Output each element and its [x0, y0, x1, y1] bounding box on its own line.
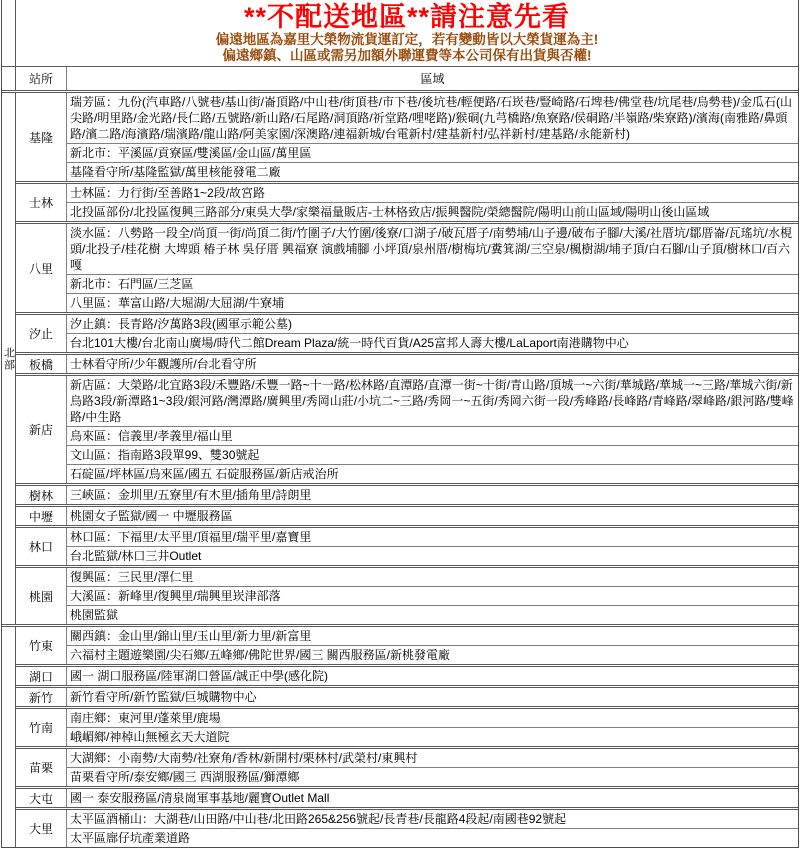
table-row: 基隆看守所/基隆監獄/萬里核能發電二廠 — [67, 162, 798, 181]
station-group: 八里淡水區：八勢路一段全/尚頂一街/尚頂二街/竹圍子/大竹圍/後寮/口湖子/破瓦… — [16, 221, 798, 312]
table-row: 淡水區：八勢路一段全/尚頂一街/尚頂二街/竹圍子/大竹圍/後寮/口湖子/破瓦厝子… — [67, 224, 798, 274]
corner-cell — [2, 0, 16, 66]
table-row: 苗栗看守所/泰安鄉/國三 西湖服務區/獅潭鄉 — [67, 767, 798, 786]
station-group: 大屯國一 泰安服務區/清泉崗軍事基地/麗寶Outlet Mall — [16, 786, 798, 807]
table-row: 林口區：下福里/太平里/頂福里/瑞平里/嘉寶里 — [67, 528, 798, 546]
station-name: 新竹 — [16, 688, 67, 706]
station-name: 士林 — [16, 184, 67, 221]
page-title: **不配送地區**請注意先看 — [16, 2, 798, 32]
table-row: 北投區部份/北投區復興三路部分/東吳大學/家樂福量販店-士林格致店/振興醫院/榮… — [67, 202, 798, 221]
table-row: 新北市：石門區/三芝區 — [67, 274, 798, 293]
station-name: 竹南 — [16, 709, 67, 746]
station-name: 苗栗 — [16, 749, 67, 786]
area-rows: 瑞芳區：九份(汽車路/八號巷/基山街/崙頂路/中山巷/街頂巷/市下巷/後坑巷/輕… — [67, 93, 798, 181]
delivery-exclusion-notice: **不配送地區**請注意先看 偏遠地區為嘉里大榮物流貨運訂定，若有變動皆以大榮貨… — [1, 0, 799, 848]
station-group: 板橋士林看守所/少年觀護所/台北看守所 — [16, 352, 798, 373]
station-name: 中壢 — [16, 507, 67, 525]
table-row: 烏來區：信義里/孝義里/福山里 — [67, 426, 798, 445]
table-row: 士林看守所/少年觀護所/台北看守所 — [67, 355, 798, 373]
table-row: 六福村主題遊樂園/尖石鄉/五峰鄉/佛陀世界/國三 關西服務區/新桃發電廠 — [67, 645, 798, 664]
area-rows: 新店區：大榮路/北宜路3段/禾豐路/禾豐一路~十一路/松林路/直潭路/直潭一街~… — [67, 376, 798, 483]
table-row: 新竹看守所/新竹監獄/巨城購物中心 — [67, 688, 798, 706]
table-row: 太平區廍仔坑產業道路 — [67, 828, 798, 847]
area-rows: 太平區酒桶山：大湖巷/山田路/中山巷/北田路265&256號起/長青巷/長龍路4… — [67, 810, 798, 847]
table-row: 三峽區：金圳里/五寮里/有木里/插角里/詩朗里 — [67, 486, 798, 504]
table-row: 新北市：平溪區/貢寮區/雙溪區/金山區/萬里區 — [67, 143, 798, 162]
station-group: 大里太平區酒桶山：大湖巷/山田路/中山巷/北田路265&256號起/長青巷/長龍… — [16, 807, 798, 847]
station-group: 中壢桃園女子監獄/國一 中壢服務區 — [16, 504, 798, 525]
table-row: 峨嵋鄉/神棹山無極玄天大道院 — [67, 727, 798, 746]
station-group: 苗栗大湖鄉：小南勢/大南勢/社寮角/香林/新開村/栗林村/武榮村/東興村苗栗看守… — [16, 746, 798, 786]
title-band: **不配送地區**請注意先看 偏遠地區為嘉里大榮物流貨運訂定，若有變動皆以大榮貨… — [2, 0, 798, 67]
station-name: 大里 — [16, 810, 67, 847]
title-block: **不配送地區**請注意先看 偏遠地區為嘉里大榮物流貨運訂定，若有變動皆以大榮貨… — [16, 0, 798, 66]
table-row: 汐止鎮：長青路/汐萬路3段(國軍示範公墓) — [67, 315, 798, 333]
column-header-area: 區域 — [67, 67, 798, 90]
station-group: 竹南南庄鄉：東河里/蓬萊里/鹿場峨嵋鄉/神棹山無極玄天大道院 — [16, 706, 798, 746]
table-header-row: 站所 區域 — [2, 67, 798, 93]
region-header-spacer — [2, 67, 16, 90]
table-row: 太平區酒桶山：大湖巷/山田路/中山巷/北田路265&256號起/長青巷/長龍路4… — [67, 810, 798, 828]
table-row: 新店區：大榮路/北宜路3段/禾豐路/禾豐一路~十一路/松林路/直潭路/直潭一街~… — [67, 376, 798, 426]
table-row: 士林區：力行街/至善路1~2段/故宮路 — [67, 184, 798, 202]
table-body: 北部基隆瑞芳區：九份(汽車路/八號巷/基山街/崙頂路/中山巷/街頂巷/市下巷/後… — [2, 93, 798, 847]
station-name: 竹東 — [16, 627, 67, 664]
station-name: 樹林 — [16, 486, 67, 504]
area-rows: 大湖鄉：小南勢/大南勢/社寮角/香林/新開村/栗林村/武榮村/東興村苗栗看守所/… — [67, 749, 798, 786]
table-row: 大溪區：新峰里/復興里/瑞興里崁津部落 — [67, 586, 798, 605]
area-rows: 國一 泰安服務區/清泉崗軍事基地/麗寶Outlet Mall — [67, 789, 798, 807]
region-block: 北部基隆瑞芳區：九份(汽車路/八號巷/基山街/崙頂路/中山巷/街頂巷/市下巷/後… — [2, 93, 798, 624]
station-group: 林口林口區：下福里/太平里/頂福里/瑞平里/嘉寶里台北監獄/林口三井Outlet — [16, 525, 798, 565]
area-rows: 關西鎮：金山里/錦山里/玉山里/新力里/新富里六福村主題遊樂園/尖石鄉/五峰鄉/… — [67, 627, 798, 664]
station-group: 樹林三峽區：金圳里/五寮里/有木里/插角里/詩朗里 — [16, 483, 798, 504]
station-name: 板橋 — [16, 355, 67, 373]
station-groups: 竹東關西鎮：金山里/錦山里/玉山里/新力里/新富里六福村主題遊樂園/尖石鄉/五峰… — [16, 627, 798, 847]
table-row: 台北監獄/林口三井Outlet — [67, 546, 798, 565]
station-group: 士林士林區：力行街/至善路1~2段/故宮路北投區部份/北投區復興三路部分/東吳大… — [16, 181, 798, 221]
column-header-station: 站所 — [16, 67, 67, 90]
table-row: 瑞芳區：九份(汽車路/八號巷/基山街/崙頂路/中山巷/街頂巷/市下巷/後坑巷/輕… — [67, 93, 798, 143]
region-label — [2, 627, 16, 847]
station-name: 汐止 — [16, 315, 67, 352]
table-row: 八里區：華富山路/大堀湖/大屈湖/牛寮埔 — [67, 293, 798, 312]
station-group: 汐止汐止鎮：長青路/汐萬路3段(國軍示範公墓)台北101大樓/台北南山廣場/時代… — [16, 312, 798, 352]
station-name: 八里 — [16, 224, 67, 312]
area-rows: 復興區：三民里/澤仁里大溪區：新峰里/復興里/瑞興里崁津部落桃園監獄 — [67, 568, 798, 624]
table-row: 文山區：指南路3段單99、雙30號起 — [67, 445, 798, 464]
table-row: 大湖鄉：小南勢/大南勢/社寮角/香林/新開村/栗林村/武榮村/東興村 — [67, 749, 798, 767]
station-name: 基隆 — [16, 93, 67, 181]
table-row: 台北101大樓/台北南山廣場/時代二館Dream Plaza/統一時代百貨/A2… — [67, 333, 798, 352]
subtitle-line-2: 偏遠鄉鎮、山區或需另加額外聯運費等本公司保有出貨與否權! — [16, 48, 798, 64]
region-label: 北部 — [2, 93, 16, 624]
table-row: 關西鎮：金山里/錦山里/玉山里/新力里/新富里 — [67, 627, 798, 645]
table-row: 國一 泰安服務區/清泉崗軍事基地/麗寶Outlet Mall — [67, 789, 798, 807]
station-group: 基隆瑞芳區：九份(汽車路/八號巷/基山街/崙頂路/中山巷/街頂巷/市下巷/後坑巷… — [16, 93, 798, 181]
area-rows: 三峽區：金圳里/五寮里/有木里/插角里/詩朗里 — [67, 486, 798, 504]
station-name: 桃園 — [16, 568, 67, 624]
station-group: 竹東關西鎮：金山里/錦山里/玉山里/新力里/新富里六福村主題遊樂園/尖石鄉/五峰… — [16, 627, 798, 664]
area-rows: 國一 湖口服務區/陸軍湖口營區/誠正中學(感化院) — [67, 667, 798, 685]
area-rows: 南庄鄉：東河里/蓬萊里/鹿場峨嵋鄉/神棹山無極玄天大道院 — [67, 709, 798, 746]
table-row: 復興區：三民里/澤仁里 — [67, 568, 798, 586]
station-group: 新店新店區：大榮路/北宜路3段/禾豐路/禾豐一路~十一路/松林路/直潭路/直潭一… — [16, 373, 798, 483]
area-rows: 淡水區：八勢路一段全/尚頂一街/尚頂二街/竹圍子/大竹圍/後寮/口湖子/破瓦厝子… — [67, 224, 798, 312]
station-groups: 基隆瑞芳區：九份(汽車路/八號巷/基山街/崙頂路/中山巷/街頂巷/市下巷/後坑巷… — [16, 93, 798, 624]
table-row: 南庄鄉：東河里/蓬萊里/鹿場 — [67, 709, 798, 727]
station-name: 林口 — [16, 528, 67, 565]
table-row: 桃園監獄 — [67, 605, 798, 624]
area-rows: 新竹看守所/新竹監獄/巨城購物中心 — [67, 688, 798, 706]
area-rows: 桃園女子監獄/國一 中壢服務區 — [67, 507, 798, 525]
station-name: 湖口 — [16, 667, 67, 685]
area-rows: 士林區：力行街/至善路1~2段/故宮路北投區部份/北投區復興三路部分/東吳大學/… — [67, 184, 798, 221]
table-row: 國一 湖口服務區/陸軍湖口營區/誠正中學(感化院) — [67, 667, 798, 685]
region-block: 竹東關西鎮：金山里/錦山里/玉山里/新力里/新富里六福村主題遊樂園/尖石鄉/五峰… — [2, 624, 798, 847]
area-rows: 汐止鎮：長青路/汐萬路3段(國軍示範公墓)台北101大樓/台北南山廣場/時代二館… — [67, 315, 798, 352]
area-rows: 林口區：下福里/太平里/頂福里/瑞平里/嘉寶里台北監獄/林口三井Outlet — [67, 528, 798, 565]
subtitle-line-1: 偏遠地區為嘉里大榮物流貨運訂定，若有變動皆以大榮貨運為主! — [16, 32, 798, 48]
table-row: 桃園女子監獄/國一 中壢服務區 — [67, 507, 798, 525]
station-group: 桃園復興區：三民里/澤仁里大溪區：新峰里/復興里/瑞興里崁津部落桃園監獄 — [16, 565, 798, 624]
station-group: 新竹新竹看守所/新竹監獄/巨城購物中心 — [16, 685, 798, 706]
station-group: 湖口國一 湖口服務區/陸軍湖口營區/誠正中學(感化院) — [16, 664, 798, 685]
table-row: 石碇區/坪林區/烏來區/國五 石碇服務區/新店戒治所 — [67, 464, 798, 483]
station-name: 新店 — [16, 376, 67, 483]
station-name: 大屯 — [16, 789, 67, 807]
area-rows: 士林看守所/少年觀護所/台北看守所 — [67, 355, 798, 373]
